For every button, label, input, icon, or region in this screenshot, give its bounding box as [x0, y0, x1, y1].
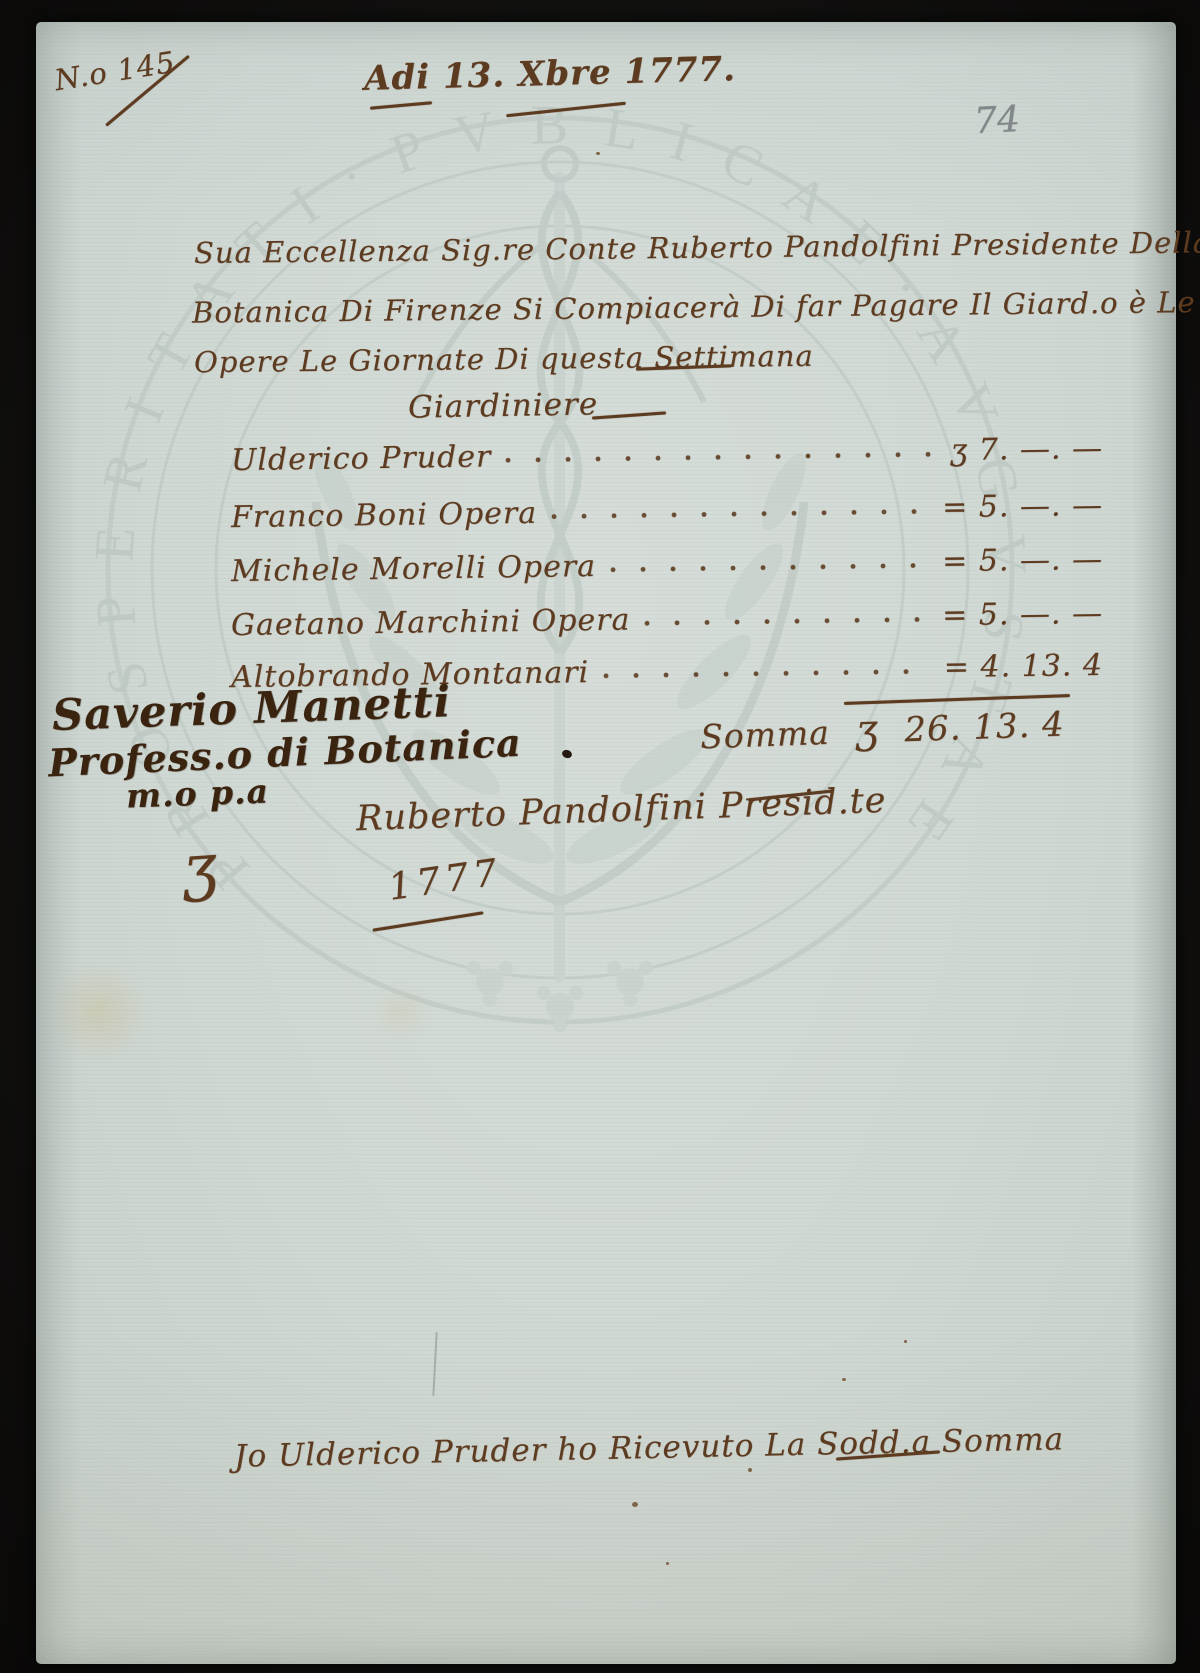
- date-underline-right: [506, 102, 626, 117]
- receipt-line: Jo Ulderico Pruder ho Ricevuto La Sodd.a…: [234, 1421, 1065, 1474]
- paper-speck: [666, 1562, 669, 1565]
- amount: = 5. —. —: [942, 488, 1103, 525]
- payee-name: Gaetano Marchini Opera: [231, 603, 631, 644]
- dotted-leader: [603, 668, 930, 681]
- dotted-leader: [644, 616, 928, 628]
- pay-row: Franco Boni Opera = 5. —. —: [231, 488, 1103, 535]
- amount: = 5. —. —: [942, 542, 1103, 579]
- section-heading: Giardiniere: [408, 386, 599, 425]
- pay-row: Gaetano Marchini Opera = 5. —. —: [231, 596, 1103, 643]
- paper-speck: [632, 1502, 638, 1507]
- pay-row: Ulderico Pruder ʒ 7. —. —: [231, 431, 1103, 478]
- ink-blot: [561, 749, 573, 760]
- folio-number: 74: [973, 99, 1021, 142]
- section-heading-dash: [592, 411, 666, 419]
- paper-speck: [842, 1378, 846, 1381]
- paraph-underline: [372, 911, 483, 931]
- currency-symbol: ʒ: [840, 706, 893, 754]
- amount: ʒ 7. —. —: [950, 431, 1103, 468]
- signature-pandolfini: Ruberto Pandolfini Presid.te: [355, 781, 887, 839]
- document-page: P R O S P E R I T A T I · P V B L I C A …: [36, 22, 1176, 1664]
- body-line-2: Botanica Di Firenze Si Compiacerà Di far…: [192, 284, 1200, 329]
- date-line: Adi 13. Xbre 1777.: [364, 49, 737, 99]
- total-label: Somma: [699, 713, 830, 757]
- amount: = 4. 13. 4: [944, 648, 1104, 685]
- amount: = 5. —. —: [942, 596, 1103, 633]
- dotted-leader: [505, 451, 936, 465]
- paper-speck: [748, 1468, 752, 1472]
- paper-stain: [366, 982, 436, 1042]
- total-amount: 26. 13. 4: [904, 705, 1066, 751]
- payee-name: Franco Boni Opera: [231, 496, 538, 535]
- payee-name: Ulderico Pruder: [231, 439, 492, 478]
- total-line: Somma ʒ 26. 13. 4: [699, 700, 1065, 759]
- paraph-year: 1777: [386, 850, 505, 908]
- signature-manetti-mp: m.o p.a: [125, 772, 269, 816]
- paper-speck: [596, 152, 600, 155]
- paper-speck: [904, 1340, 907, 1343]
- paraph-symbol: ʒ: [179, 829, 220, 904]
- body-line-1: Sua Eccellenza Sig.re Conte Ruberto Pand…: [194, 224, 1200, 270]
- pay-row: Michele Morelli Opera = 5. —. —: [231, 542, 1103, 589]
- dotted-leader: [610, 562, 928, 574]
- photo-backdrop: P R O S P E R I T A T I · P V B L I C A …: [0, 0, 1200, 1673]
- body-line-3: Opere Le Giornate Di questa Settimana: [194, 339, 814, 379]
- paper-stain: [44, 962, 154, 1062]
- dotted-leader: [551, 508, 928, 521]
- date-underline-left: [370, 101, 432, 109]
- payee-name: Michele Morelli Opera: [231, 549, 597, 589]
- archive-number: N.o 145: [52, 45, 178, 98]
- scratch-mark: [432, 1332, 437, 1396]
